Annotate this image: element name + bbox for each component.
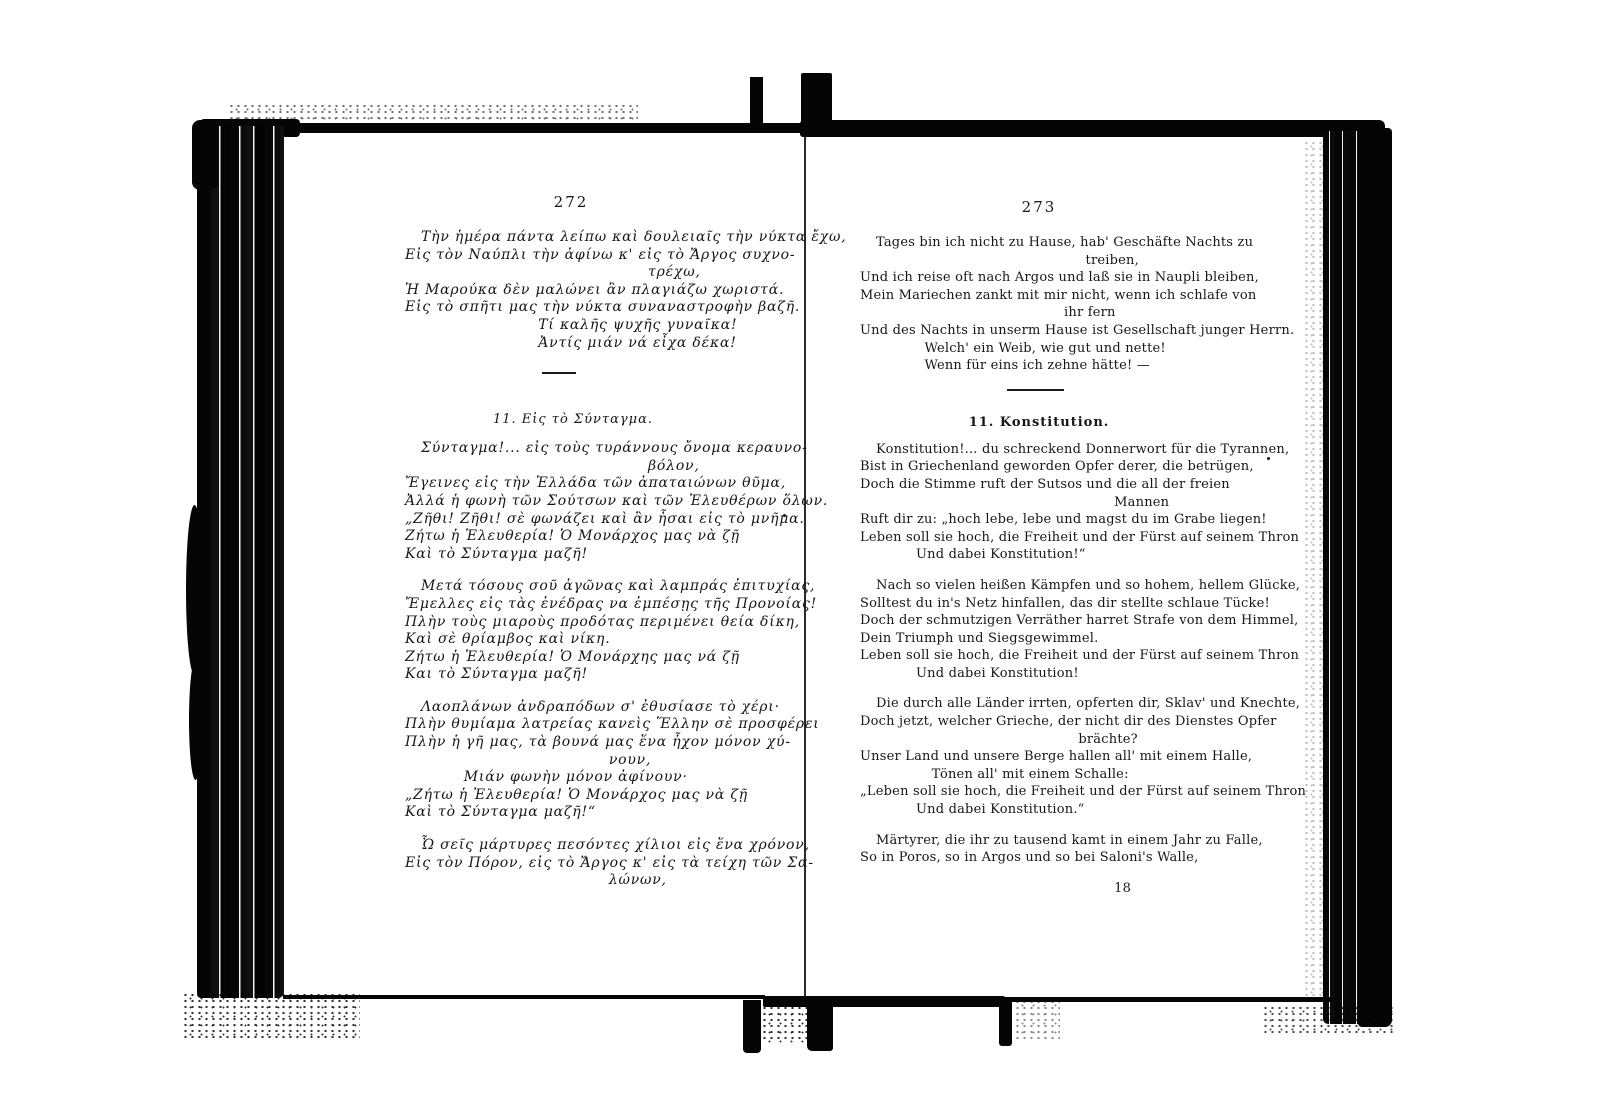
stanza: Τὴν ἡμέρα πάντα λείπω καὶ δουλειαῖς τὴν … [405,229,797,352]
greek-poem: Τὴν ἡμέρα πάντα λείπω καὶ δουλειαῖς τὴν … [405,229,797,890]
poem-line: Μετά τόσους σοῦ ἀγῶνας καὶ λαμπράς ἐπιτυ… [405,578,797,596]
poem-line: τρέχω, [648,264,797,282]
poem-line: brächte? [1078,731,1218,749]
poem-line: Und dabei Konstitution!“ [860,546,1218,564]
poem-line: λώνων, [609,872,797,890]
scan-top-edge-right [800,120,1385,137]
poem-line: Σύνταγμα!... εἰς τοὺς τυράννους ὄνομα κε… [405,440,797,458]
scan-bottom-spine-mark-1 [743,1000,761,1053]
poem-line: Tages bin ich nicht zu Hause, hab' Gesch… [860,234,1218,252]
poem-line: Ἡ Μαρούκα δὲν μαλώνει ἂν πλαγιάζω χωριστ… [405,282,797,300]
poem-line: Nach so vielen heißen Kämpfen und so hoh… [860,577,1218,595]
poem-line: Καὶ σὲ θρίαμβος καὶ νίκη. [405,631,797,649]
poem-line: Märtyrer, die ihr zu tausend kamt in ein… [860,832,1218,850]
poem-line: „Leben soll sie hoch, die Freiheit und d… [860,783,1218,801]
stanza: Tages bin ich nicht zu Hause, hab' Gesch… [860,234,1218,375]
poem-line: Leben soll sie hoch, die Freiheit und de… [860,529,1218,547]
scan-spine-mark-2 [801,73,832,127]
poem-line: Solltest du in's Netz hinfallen, das dir… [860,595,1218,613]
poem-line: Doch die Stimme ruft der Sutsos und die … [860,476,1218,494]
stanza: Die durch alle Länder irrten, opferten d… [860,695,1218,818]
poem-line: Bist in Griechenland geworden Opfer dere… [860,458,1218,476]
poem-line: Mannen [1114,494,1218,512]
page-number-right: 273 [860,198,1218,216]
page-number-left: 272 [375,193,767,211]
poem-line: ihr fern [1064,304,1218,322]
poem-line: Dein Triumph und Siegsgewimmel. [860,630,1218,648]
poem-line: Καὶ τὸ Σύνταγμα μαζῆ!“ [405,804,797,822]
poem-line: Ὦ σεῖς μάρτυρες πεσόντες χίλιοι εἰς ἕνα … [405,837,797,855]
scan-left-page-edges [197,126,284,998]
scan-left-top-blob [192,120,218,190]
poem-line: Μιάν φωνὴν μόνον ἀφίνουν· [464,769,797,787]
signature-mark: 18 [1114,880,1218,898]
poem-line: Εἰς τὸν Πόρον, εἰς τὸ Ἄργος κ' εἰς τὰ τε… [405,855,797,873]
poem-section-heading: 11. Εἰς τὸ Σύνταγμα. [377,412,769,428]
stanza: Konstitution!... du schreckend Donnerwor… [860,441,1218,564]
german-poem: Tages bin ich nicht zu Hause, hab' Gesch… [860,234,1218,867]
scan-bottom-spine-mark-3 [999,1000,1012,1046]
scan-speckle-right-edge [1303,140,1323,1000]
stanza: Ὦ σεῖς μάρτυρες πεσόντες χίλιοι εἰς ἕνα … [405,837,797,890]
scan-speckle-bottom-left [182,992,360,1038]
poem-line: βόλον, [648,458,797,476]
poem-line: Ruft dir zu: „hoch lebe, lebe und magst … [860,511,1218,529]
left-page: 272 Τὴν ἡμέρα πάντα λείπω καὶ δουλειαῖς … [405,193,797,905]
scan-left-edge-bulge [189,660,202,780]
poem-line: Und ich reise oft nach Argos und laß sie… [860,269,1218,287]
scan-top-edge-left [230,123,805,133]
poem-line: Doch jetzt, welcher Grieche, der nicht d… [860,713,1218,731]
stanza: Nach so vielen heißen Kämpfen und so hoh… [860,577,1218,683]
poem-line: Ἀντίς μιάν νά εἶχα δέκα! [538,335,797,353]
poem-line: Doch der schmutzigen Verräther harret St… [860,612,1218,630]
poem-line: Πλὴν θυμίαμα λατρείας κανεὶς Ἕλλην σὲ πρ… [405,716,797,734]
poem-line: Welch' ein Weib, wie gut und nette! [924,340,1218,358]
scan-speckle-top [228,103,638,122]
poem-line: Unser Land und unsere Berge hallen all' … [860,748,1218,766]
scan-speckle-bottom-right [1262,1005,1394,1033]
section-separator [1007,389,1064,391]
scan-right-cover-edge [1358,128,1392,1027]
stanza: Σύνταγμα!... εἰς τοὺς τυράννους ὄνομα κε… [405,440,797,563]
poem-line: Τὴν ἡμέρα πάντα λείπω καὶ δουλειαῖς τὴν … [405,229,797,247]
book-scan: 272 Τὴν ἡμέρα πάντα λείπω καὶ δουλειαῖς … [0,0,1600,1115]
poem-line: Die durch alle Länder irrten, opferten d… [860,695,1218,713]
poem-line: treiben, [1086,252,1218,270]
poem-line: „Ζῆθι! Ζῆθι! σὲ φωνάζει καὶ ἂν ἦσαι εἰς … [405,511,797,529]
poem-line: Πλὴν τοὺς μιαροὺς προδότας περιμένει θεί… [405,614,797,632]
poem-line: Mein Mariechen zankt mit mir nicht, wenn… [860,287,1218,305]
poem-line: Ζήτω ἡ Ἐλευθερία! Ὁ Μονάρχος μας νὰ ζῇ [405,528,797,546]
poem-line: νουν, [609,752,797,770]
poem-line: Ἀλλά ἡ φωνὴ τῶν Σούτσων καὶ τῶν Ἐλευθέρω… [405,493,797,511]
section-separator [542,372,576,374]
scan-speckle-bottom-center-right [1014,999,1060,1039]
stanza: Märtyrer, die ihr zu tausend kamt in ein… [860,832,1218,867]
poem-line: Και τὸ Σύνταγμα μαζῆ! [405,666,797,684]
poem-line: Εἰς τὸν Ναύπλι τὴν ἀφίνω κ' εἰς τὸ Ἄργος… [405,247,797,265]
poem-line: Leben soll sie hoch, die Freiheit und de… [860,647,1218,665]
poem-line: Und dabei Konstitution.“ [860,801,1218,819]
poem-line: Und dabei Konstitution! [860,665,1218,683]
scan-spine-mark-1 [750,77,763,127]
poem-line: Πλὴν ἡ γῆ μας, τὰ βουνά μας ἕνα ἦχον μόν… [405,734,797,752]
poem-line: So in Poros, so in Argos und so bei Salo… [860,849,1218,867]
scan-ink-speck [1267,457,1270,460]
poem-line: „Ζήτω ἡ Ἐλευθερία! Ὁ Μονάρχος μας νὰ ζῇ [405,787,797,805]
poem-line: Λαοπλάνων ἀνδραπόδων σ' ἐθυσίασε τὸ χέρι… [405,699,797,717]
poem-line: Ζήτω ἡ Ἐλευθερία! Ὁ Μονάρχης μας νά ζῇ [405,649,797,667]
poem-line: Konstitution!... du schreckend Donnerwor… [860,441,1218,459]
poem-section-heading: 11. Konstitution. [860,415,1218,431]
stanza: Μετά τόσους σοῦ ἀγῶνας καὶ λαμπράς ἐπιτυ… [405,578,797,684]
scan-speckle-bottom-center [761,999,807,1043]
right-page: 273 Tages bin ich nicht zu Hause, hab' G… [860,198,1218,897]
poem-line: Und des Nachts in unserm Hause ist Gesel… [860,322,1218,340]
poem-line: Ἔμελλες εἰς τὰς ἐνέδρας να ἐμπέσῃς τῆς Π… [405,596,797,614]
poem-line: Wenn für eins ich zehne hätte! — [924,357,1218,375]
poem-line: Εἰς τὸ σπῆτι μας τὴν νύκτα συναναστροφὴν… [405,299,797,317]
scan-left-edge-bulge [186,505,203,675]
poem-line: Καὶ τὸ Σύνταγμα μαζῆ! [405,546,797,564]
poem-line: Τί καλῆς ψυχῆς γυναῖκα! [538,317,797,335]
stanza: Λαοπλάνων ἀνδραπόδων σ' ἐθυσίασε τὸ χέρι… [405,699,797,822]
scan-bottom-spine-mark-2 [807,1000,833,1051]
scan-right-page-edges [1323,131,1363,1024]
poem-line: Ἔγεινες εἰς τὴν Ἑλλάδα τῶν ἀπαταιώνων θῦ… [405,475,797,493]
poem-line: Tönen all' mit einem Schalle: [932,766,1218,784]
